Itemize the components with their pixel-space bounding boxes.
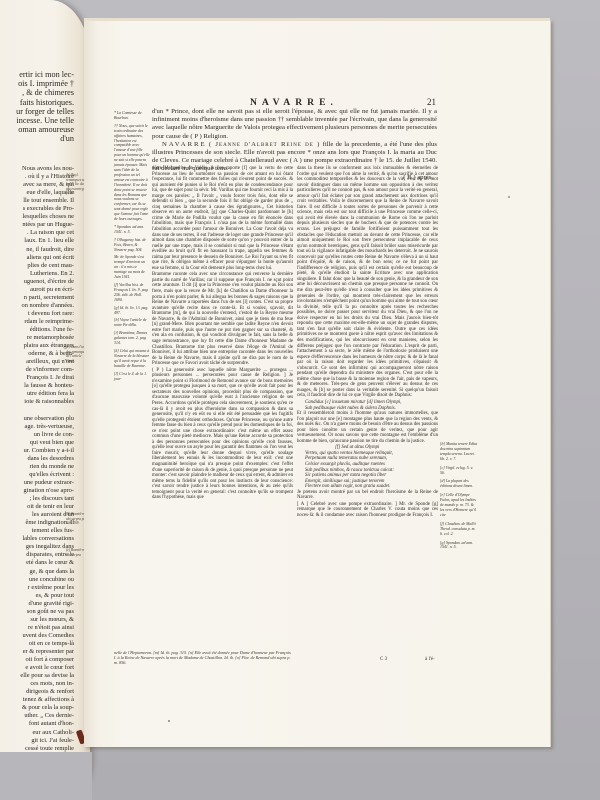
left-page-line: ge, & que dans la bbox=[0, 568, 74, 576]
left-page-line: eur aux Catholi- bbox=[0, 729, 74, 737]
left-page-line: lesquelles choses ne bbox=[0, 213, 74, 221]
left-page-line: utre édition fera la bbox=[0, 390, 74, 398]
verse-quote: [f] Sed ut altus Olympi Vertex, qui spat… bbox=[297, 445, 438, 489]
left-page-line: areilleux, qui n'ont bbox=[0, 358, 74, 366]
left-page-line: oderne, & à beau- bbox=[0, 350, 74, 358]
entry-headword: NAVARRE bbox=[162, 141, 207, 148]
margin-note: [d] La plupart des éditions disent limen… bbox=[440, 479, 478, 489]
left-page-shadow-gap bbox=[0, 752, 92, 800]
left-page-line: oit de tenir en leur bbox=[0, 503, 74, 511]
left-page-line: éditions. l'une fe- bbox=[0, 326, 74, 334]
remark-paragraph: Brantome raconte cela avec une circonsta… bbox=[152, 272, 293, 366]
margin-note: [k] Celui qui mourut à Navarre de la ble… bbox=[114, 349, 150, 369]
left-page-line: re metamorphosée bbox=[0, 334, 74, 342]
left-page-line: ur forger de telles bbox=[0, 107, 74, 116]
remark-paragraph: dans la these ils se conforment aux loix… bbox=[297, 166, 438, 399]
left-page-line: oman amoureuse bbox=[0, 125, 74, 134]
left-page-line: disparates, entre le bbox=[0, 551, 74, 559]
left-page-line: & pour cela la soup- bbox=[0, 704, 74, 712]
left-page-line: ême indignation. Il bbox=[0, 519, 74, 527]
left-page-line: es, & pour tout bbox=[0, 592, 74, 600]
left-page-line: git ici. J'ai feule- bbox=[0, 737, 74, 745]
left-page-line: rdam le reimprime- bbox=[0, 318, 74, 326]
margin-note: [e] Celle d'Olympe Fulon, apud les Indit… bbox=[440, 493, 478, 518]
left-page-line: Lutheriens. En 2. bbox=[0, 270, 74, 278]
left-page-line: Nous avons les nou- bbox=[0, 165, 74, 173]
left-page-line: font autant d'hon- bbox=[0, 720, 74, 728]
left-page-line: qu'elles écrivent : bbox=[0, 471, 74, 479]
paper-speck bbox=[508, 196, 510, 198]
left-page-line: les auroient d'un bbox=[0, 511, 74, 519]
left-page-line: . La raison que cet bbox=[0, 229, 74, 237]
left-page-line: plaira aux étrangers bbox=[0, 342, 74, 350]
left-page-line: t devenu fort rare: bbox=[0, 310, 74, 318]
left-page-line: gination n'ose apro- bbox=[0, 487, 74, 495]
right-margin-notes: [b] Munita tenere Edita doctrina sapient… bbox=[440, 442, 478, 554]
margin-note: †† Nous, que suivit le train ordinaire d… bbox=[114, 124, 150, 222]
left-page-line: er & representer par bbox=[0, 648, 74, 656]
left-page-line: ges inegalitez dans bbox=[0, 543, 74, 551]
margin-note: [h] Voyez l'article de notre Pa-dilla. bbox=[114, 318, 150, 328]
left-page-line: ; les discours tant bbox=[0, 495, 74, 503]
margin-note: * Spondan. ad ann. 1541. n. 5. bbox=[114, 225, 150, 235]
left-page-line: faits historiques. bbox=[0, 98, 74, 107]
signature-mark: C 3 bbox=[380, 657, 387, 662]
catchword: à l'é- bbox=[425, 657, 435, 662]
margin-note: [g] Id. ib. liv. 13. pag. 497. bbox=[114, 306, 150, 316]
remark-paragraph: [ A ] Celebré avec une pompe extraordina… bbox=[297, 502, 438, 519]
left-page-line: ois I. imprimée † bbox=[0, 79, 74, 88]
margin-note: [b] Munita tenere Edita doctrina sapient… bbox=[440, 442, 478, 462]
verse-quote: Candidus [c] insuetum miratur [d] limen … bbox=[297, 400, 438, 411]
left-page-line: re n'étoit pas ainsi bbox=[0, 624, 74, 632]
left-page-line: elle pour sa devise la bbox=[0, 672, 74, 680]
paper-speck bbox=[168, 720, 170, 722]
left-page-line: age. très-vertueuse, bbox=[0, 423, 74, 431]
margin-note: Mr. de Sponde s'est trompé d'environ un … bbox=[114, 255, 150, 280]
left-page-line: tement elles fus- bbox=[0, 527, 74, 535]
left-page-line: r extrême pour les bbox=[0, 584, 74, 592]
left-page-line: . où il y a l'Histoire bbox=[0, 173, 74, 181]
left-page-line: aliens qui ont écrit bbox=[0, 254, 74, 262]
margin-note: [g] Spondan. ad ann. 1541. n. 5. bbox=[440, 541, 478, 551]
left-page-line: plies de cent mau- bbox=[0, 262, 74, 270]
entry-title: ( Jeanne d'Albret Reine de ) bbox=[209, 141, 320, 148]
left-page-line: eté dans le cœur & bbox=[0, 559, 74, 567]
remarks-column-left: nôtre Marguerite de Valois. & l'on rapor… bbox=[152, 166, 293, 502]
left-page-line: de s'informer com- bbox=[0, 366, 74, 374]
left-page-line: incesse. Une telle bbox=[0, 116, 74, 125]
left-page-line: ne, il faudroit, dire bbox=[0, 246, 74, 254]
left-page-line: dirigeois & renfort bbox=[0, 688, 74, 696]
footnotes: nelle de l'Heptameron. [m] Id. ib. pag. … bbox=[114, 650, 292, 666]
left-page-line: n parti, secretement bbox=[0, 294, 74, 302]
left-page-line: lables conversations bbox=[0, 535, 74, 543]
left-page-line: rien du monde ne bbox=[0, 463, 74, 471]
left-page-line: ertir ici mon lec- bbox=[0, 70, 74, 79]
left-page-line: ur. Combien y a-t-il bbox=[0, 447, 74, 455]
remark-paragraph: nôtre Marguerite de Valois. & l'on rapor… bbox=[152, 166, 293, 271]
remark-paragraph: Et il ressembleroit moins à l'homme qu'a… bbox=[297, 411, 438, 444]
left-page-line: laux. En 1. lieu elle bbox=[0, 237, 74, 245]
left-page-line: , & de chimeres bbox=[0, 88, 74, 97]
left-page-line: une pudeur extraor- bbox=[0, 479, 74, 487]
left-page-line: eue d'elle, laquelle bbox=[0, 189, 74, 197]
margin-note: [i] Brantôme, Dames galantes tom. 2. pag… bbox=[114, 331, 150, 346]
left-page-line: uther. „ Ces dernie- bbox=[0, 712, 74, 720]
intro-paragraph-marguerite: d'un * Prince, dont elle ne savoit pas s… bbox=[152, 108, 437, 141]
right-page-top-edge bbox=[84, 18, 550, 21]
left-page-line: une observation plu bbox=[0, 415, 74, 423]
left-page-line: son goût ne va pas bbox=[0, 608, 74, 616]
margin-note: [f] Claudian. de Mallii Theod. consulatu… bbox=[440, 522, 478, 537]
left-page-line: on nombre d'années. bbox=[0, 302, 74, 310]
left-page-line: dans les desordres bbox=[0, 455, 74, 463]
left-page-line: lle tout ensemble. Il bbox=[0, 197, 74, 205]
margin-note: † Olhagaray hist. de Foix, Bearn, & Nava… bbox=[114, 238, 150, 253]
margin-note: [c] Virgil. eclog. 5. v. 56. bbox=[440, 466, 478, 476]
left-page-line: d'un bbox=[0, 134, 74, 143]
left-page-line: uguenot, d'écrire de bbox=[0, 278, 74, 286]
left-page-line: e avoit le cœur fort bbox=[0, 664, 74, 672]
left-page-line: une concubine ou bbox=[0, 576, 74, 584]
remark-paragraph: Je pretens avoir montré par un bel endro… bbox=[297, 490, 438, 501]
left-page-line: uvent des Comedies bbox=[0, 632, 74, 640]
left-page-line: un livre de con- bbox=[0, 431, 74, 439]
left-page-line: tenez & affections à bbox=[0, 696, 74, 704]
left-page-line: ntées par un Hugue- bbox=[0, 221, 74, 229]
margin-note: [l] C'est le 4. de la 1. jour- bbox=[114, 372, 150, 382]
left-page-line: ces mots, non in- bbox=[0, 680, 74, 688]
left-page-line: d'une gravité rigi- bbox=[0, 600, 74, 608]
remark-paragraph: ( P ) La generosité avec laquelle nôtre … bbox=[152, 368, 293, 501]
left-page-line: ioie & raisonnables bbox=[0, 398, 74, 406]
left-page-line: François I. Je dirai bbox=[0, 374, 74, 382]
left-page-line: avec sa mere, & qui bbox=[0, 181, 74, 189]
page-number: 21 bbox=[427, 97, 436, 107]
left-page-line: qui veut bien que bbox=[0, 439, 74, 447]
left-page-line: oit en ce temps-là bbox=[0, 640, 74, 648]
left-page-line: auroit pu en écri- bbox=[0, 286, 74, 294]
left-page-line: s execrables de Pro- bbox=[0, 205, 74, 213]
remarks-column-right: dans la these ils se conforment aux loix… bbox=[297, 166, 438, 519]
left-page-line: la fausse & honteu- bbox=[0, 382, 74, 390]
running-head: NAVARRE. bbox=[250, 97, 338, 108]
left-margin-notes: * La Comtesse de Bourbon. †† Nous, que s… bbox=[114, 111, 150, 384]
margin-note: [f] Varillas hist. de François I. liv. 9… bbox=[114, 283, 150, 303]
margin-note: * La Comtesse de Bourbon. bbox=[114, 111, 150, 121]
left-page-line: oit fort à composer bbox=[0, 656, 74, 664]
left-page-line: sur les mœurs, & bbox=[0, 616, 74, 624]
